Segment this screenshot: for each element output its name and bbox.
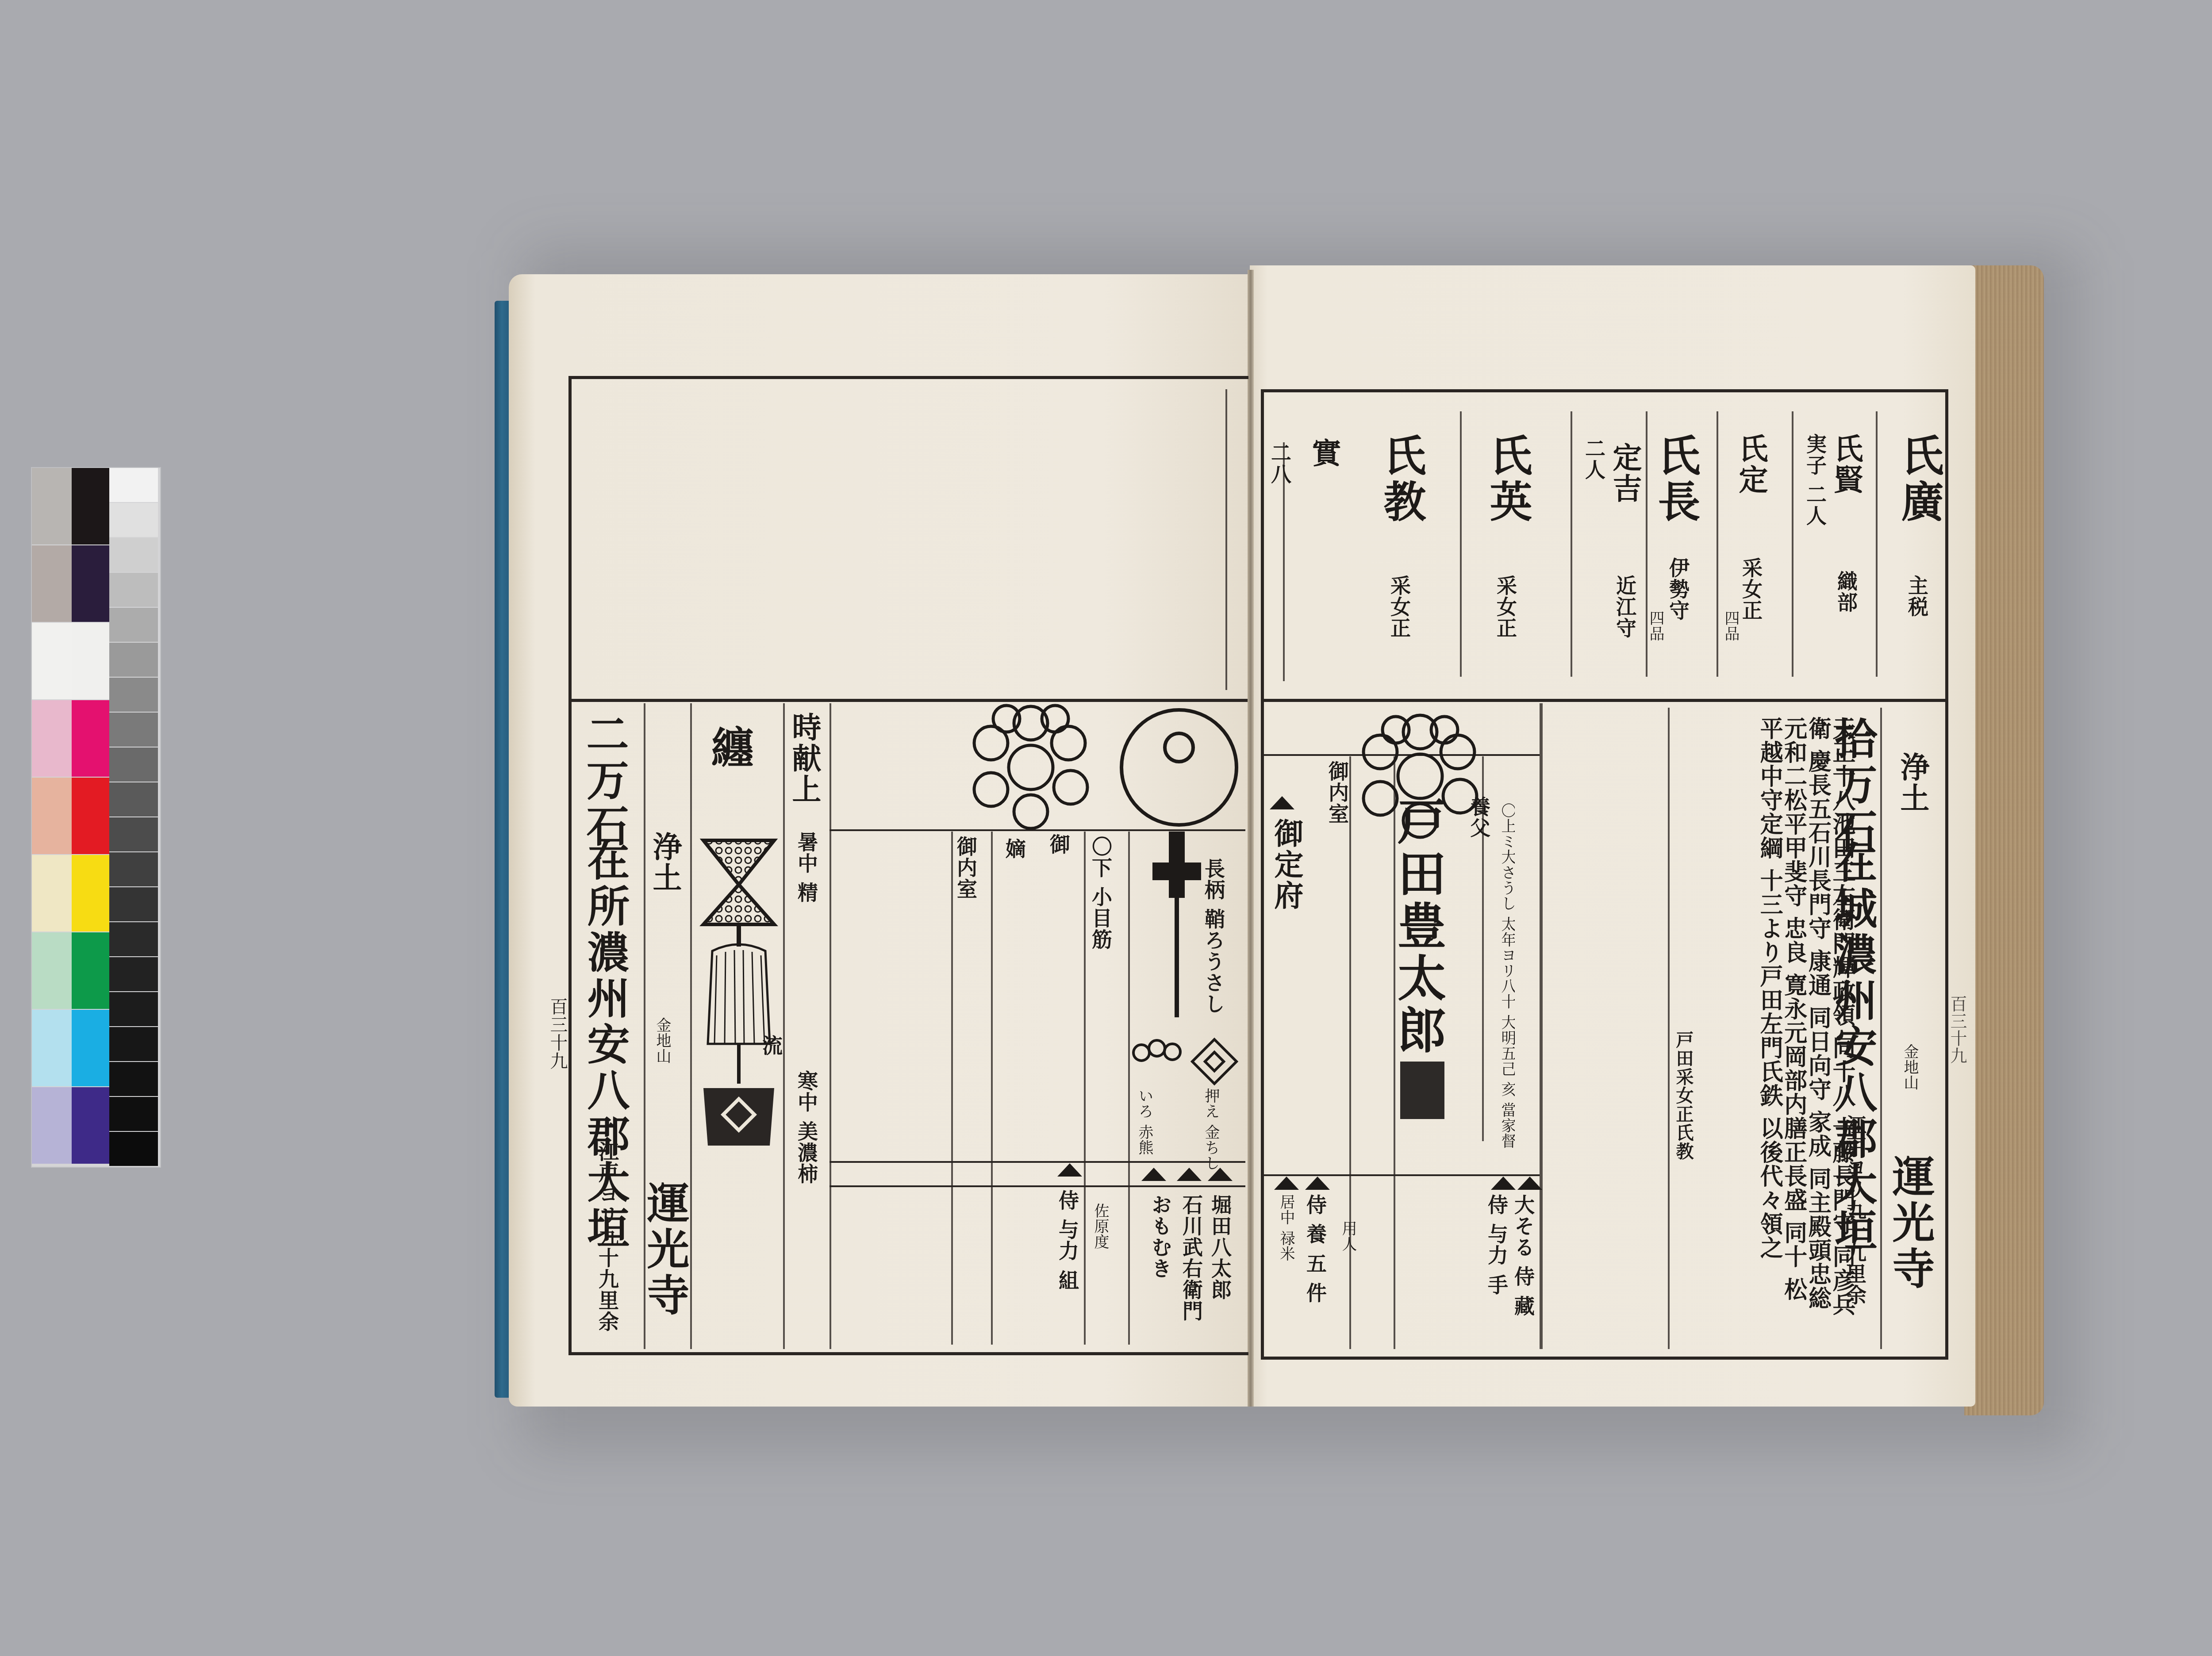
domain-history: 天正十八池田三左衛門輝政領 同十八 十藤長門守 同彦兵衛 慶長五石川長門守 康通… <box>1677 717 1854 1318</box>
retainer-marker-icon <box>1208 1168 1233 1181</box>
spear-standard-icon <box>1150 832 1203 1017</box>
color-swatch <box>109 992 158 1026</box>
color-swatch <box>109 782 158 816</box>
lower-crest-note: いろ 赤熊 <box>1137 1088 1152 1155</box>
kokudaka-right: 拾万石 <box>1832 717 1874 855</box>
retainer-name: 居中 禄米 <box>1279 1194 1294 1261</box>
color-swatch <box>32 545 76 622</box>
retainer-marker-icon <box>1141 1168 1166 1181</box>
color-swatch <box>72 1087 109 1164</box>
genealogy-title: 主税 <box>1907 575 1927 617</box>
column-rule <box>951 832 953 1345</box>
color-swatch <box>32 700 76 777</box>
retainer-row-rule <box>1261 1174 1540 1176</box>
genealogy-title: 近江守 <box>1615 575 1635 639</box>
retainer-marker-icon <box>1517 1177 1542 1190</box>
distance-left: 江戸ヨリ九十九里余 <box>597 1141 618 1332</box>
color-swatch <box>109 643 158 677</box>
retainer-marker-icon <box>1057 1163 1082 1177</box>
left-page-number: 百三十九 <box>549 997 566 1070</box>
book-fore-edge <box>1964 265 2044 1415</box>
color-swatch <box>32 1087 76 1164</box>
color-swatch <box>72 855 109 931</box>
color-swatch <box>109 573 158 607</box>
color-swatch <box>72 700 109 777</box>
color-swatch <box>109 608 158 642</box>
color-swatch <box>72 932 109 1009</box>
genealogy-note: 二八 <box>1270 442 1290 485</box>
color-swatch <box>32 1010 76 1086</box>
left-panel-divider <box>568 699 1248 702</box>
column-rule <box>783 703 785 1349</box>
tribute-item-summer: 暑中 精 <box>796 832 817 903</box>
birth-note: 〇上ミ大さうし 太年ヨリ八十 大明五己 亥 當家督 <box>1500 803 1515 1152</box>
tassel-label: 流 <box>761 1035 781 1056</box>
diamond-crest-icon <box>1190 1037 1239 1086</box>
genealogy-name: 氏英 <box>1486 433 1529 525</box>
genealogy-title: 織部 <box>1836 571 1856 613</box>
retainer-marker-icon <box>1270 796 1294 809</box>
color-swatch <box>32 623 76 699</box>
cloud-crest-icon <box>1130 1035 1188 1075</box>
column-rule <box>1540 703 1543 1349</box>
retainer-name: 佐原度 <box>1093 1203 1108 1250</box>
court-rank: 四品 <box>1648 610 1663 641</box>
color-swatch <box>109 1097 158 1131</box>
retainer-name: 侍 与力 組 <box>1057 1190 1078 1291</box>
color-swatch <box>32 855 76 931</box>
chart-pastel-column <box>32 468 76 1167</box>
column-rule <box>1128 832 1130 1345</box>
retainer-name: 堀田八太郎 <box>1210 1194 1230 1300</box>
kokudaka-left: 二万石 <box>583 712 626 850</box>
matoi-standard-icon <box>695 836 783 1163</box>
column-rule <box>1717 411 1718 677</box>
lower-crest-note: 押え 金ちし <box>1203 1088 1218 1171</box>
retainer-name: 大そる 侍 藏 <box>1513 1194 1533 1316</box>
genealogy-name: 氏教 <box>1380 433 1423 525</box>
color-swatch <box>109 713 158 747</box>
retainer-name: おもむき <box>1150 1194 1171 1279</box>
retainer-name: 侍 養 五 件 <box>1305 1194 1325 1303</box>
distance-right: 江戸ヨリ九十九里余 <box>1845 1115 1865 1306</box>
seal-block <box>1400 1062 1444 1119</box>
right-panel-divider <box>1261 699 1947 702</box>
chart-grayscale-column <box>109 468 158 1167</box>
sect-right: 浄土 <box>1898 752 1927 814</box>
column-rule <box>1876 411 1878 677</box>
genealogy-title: 采女正 <box>1389 575 1409 639</box>
column-rule <box>991 832 993 1345</box>
column-rule <box>1349 756 1351 1349</box>
color-swatch <box>72 545 109 622</box>
color-swatch <box>109 817 158 851</box>
color-swatch <box>72 1010 109 1086</box>
column-rule <box>1084 832 1086 1345</box>
retainer-row-rule <box>829 1185 1245 1187</box>
color-swatch <box>109 503 158 537</box>
ring-crest-icon <box>1115 703 1243 832</box>
kuyo-nine-circle-crest-icon <box>964 701 1097 834</box>
retainer-name: 侍 与力 手 <box>1486 1194 1507 1295</box>
color-swatch <box>109 747 158 782</box>
color-swatch <box>109 957 158 991</box>
retainer-marker-icon <box>1274 1177 1299 1190</box>
column-note: 〇下 小目筋 <box>1091 836 1111 950</box>
column-rule <box>1880 708 1882 1349</box>
interior-crest-label: 御内室 <box>956 836 976 900</box>
color-swatch <box>109 922 158 956</box>
column-rule <box>1668 708 1670 1349</box>
temple-left: 運光寺 <box>644 1181 686 1319</box>
color-swatch <box>109 678 158 712</box>
genealogy-title: 采女正 <box>1495 575 1516 639</box>
temple-area-left: 金地山 <box>655 1017 670 1064</box>
genealogy-name: 氏廣 <box>1898 433 1940 525</box>
column-rule <box>690 703 692 1349</box>
temple-area-right: 金地山 <box>1902 1044 1917 1090</box>
court-rank: 四品 <box>1723 610 1738 641</box>
temple-right: 運光寺 <box>1889 1154 1932 1292</box>
color-swatch <box>72 623 109 699</box>
retainer-name: 石川武右衛門 <box>1181 1194 1202 1322</box>
genealogy-title: 采女正 <box>1741 557 1761 621</box>
lord-prefix: 養父 <box>1469 796 1489 839</box>
color-swatch <box>109 538 158 572</box>
spear-note: 長柄 鞘ろうさし <box>1203 858 1224 1015</box>
retainer-marker-icon <box>1177 1168 1202 1181</box>
right-page-number: 百三十九 <box>1949 995 1966 1064</box>
column-rule <box>1571 411 1572 677</box>
genealogy-name: 定吉 <box>1610 442 1640 504</box>
retainer-marker-icon <box>1305 1177 1330 1190</box>
color-calibration-chart <box>32 468 160 1167</box>
lord-name: 戸田豊太郎 <box>1394 796 1442 1057</box>
color-swatch <box>109 1062 158 1096</box>
interior-label: 御内室 <box>1327 761 1348 824</box>
column-rule <box>829 703 831 1349</box>
genealogy-name: 氏賢 <box>1832 433 1861 495</box>
color-swatch <box>32 932 76 1009</box>
sect-left: 浄土 <box>650 832 680 893</box>
genealogy-name: 實 <box>1310 438 1339 469</box>
color-swatch <box>109 887 158 921</box>
show-through-text <box>655 407 699 672</box>
color-swatch <box>109 1132 158 1166</box>
color-swatch <box>72 778 109 854</box>
column-rule <box>1460 411 1462 677</box>
genealogy-name: 氏長 <box>1655 433 1697 525</box>
color-swatch <box>72 468 109 544</box>
column-rule <box>1792 411 1793 677</box>
heir-crest-label: 嫡 <box>1004 838 1025 859</box>
color-swatch <box>109 852 158 886</box>
chart-saturated-column <box>72 468 109 1167</box>
tribute-header: 時献上 <box>790 712 819 805</box>
color-swatch <box>32 468 76 544</box>
retainer-marker-icon <box>1491 1177 1516 1190</box>
left-upper-inner-border <box>1225 389 1227 690</box>
heir-label: 御定府 <box>1272 818 1301 911</box>
genealogy-title: 伊勢守 <box>1668 557 1688 621</box>
honorific-crest-label: 御 <box>1048 834 1069 855</box>
color-swatch <box>109 1027 158 1061</box>
color-swatch <box>109 468 158 502</box>
family-note: 戸田采女正氏教 <box>1674 1031 1692 1161</box>
book-gutter <box>1248 270 1254 1407</box>
genealogy-name: 氏定 <box>1736 433 1766 495</box>
genealogy-note: 二人 <box>1584 438 1604 480</box>
retainer-name: 用人 <box>1340 1221 1356 1252</box>
retainer-row-rule <box>829 1161 1245 1163</box>
color-swatch <box>32 778 76 854</box>
tribute-item-winter: 寒中 美濃柿 <box>796 1070 817 1184</box>
emblem-label: 纏 <box>708 725 750 771</box>
genealogy-note: 実子 二人 <box>1805 433 1825 526</box>
